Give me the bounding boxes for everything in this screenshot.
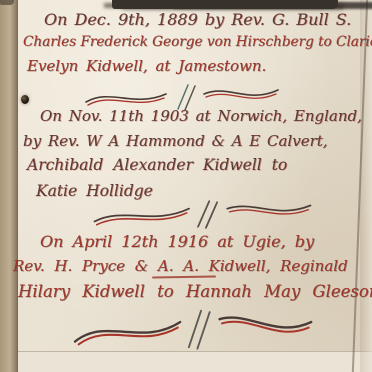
register-line: Archibald Alexander Kidwell to [27,158,287,174]
register-line: On Nov. 11th 1903 at Norwich, England, [40,109,362,124]
register-line: by Rev. W A Hammond & A E Calvert, [23,134,328,149]
flourish-divider [90,198,315,234]
page-bottom-edge [18,351,372,372]
register-line: Evelyn Kidwell, at Jamestown. [27,59,266,74]
register-line: On April 12th 1916 at Ugie, by [40,234,314,250]
register-line: On Dec. 9th, 1889 by Rev. G. Bull S. [44,12,351,28]
pin-hole [21,95,29,104]
register-line: Charles Frederick George von Hirschberg … [23,36,372,50]
flourish-divider [70,308,315,354]
register-line: Hilary Kidwell to Hannah May Gleeson [18,284,372,301]
book-spine-edge [0,0,18,372]
page-right-margin [360,0,372,372]
ink-smudge [112,0,338,9]
register-page-photo: On Dec. 9th, 1889 by Rev. G. Bull S. Cha… [0,0,372,372]
register-line: Rev. H. Pryce & A. A. Kidwell, Reginald [13,259,348,274]
ink-smudge-corner [0,0,14,5]
